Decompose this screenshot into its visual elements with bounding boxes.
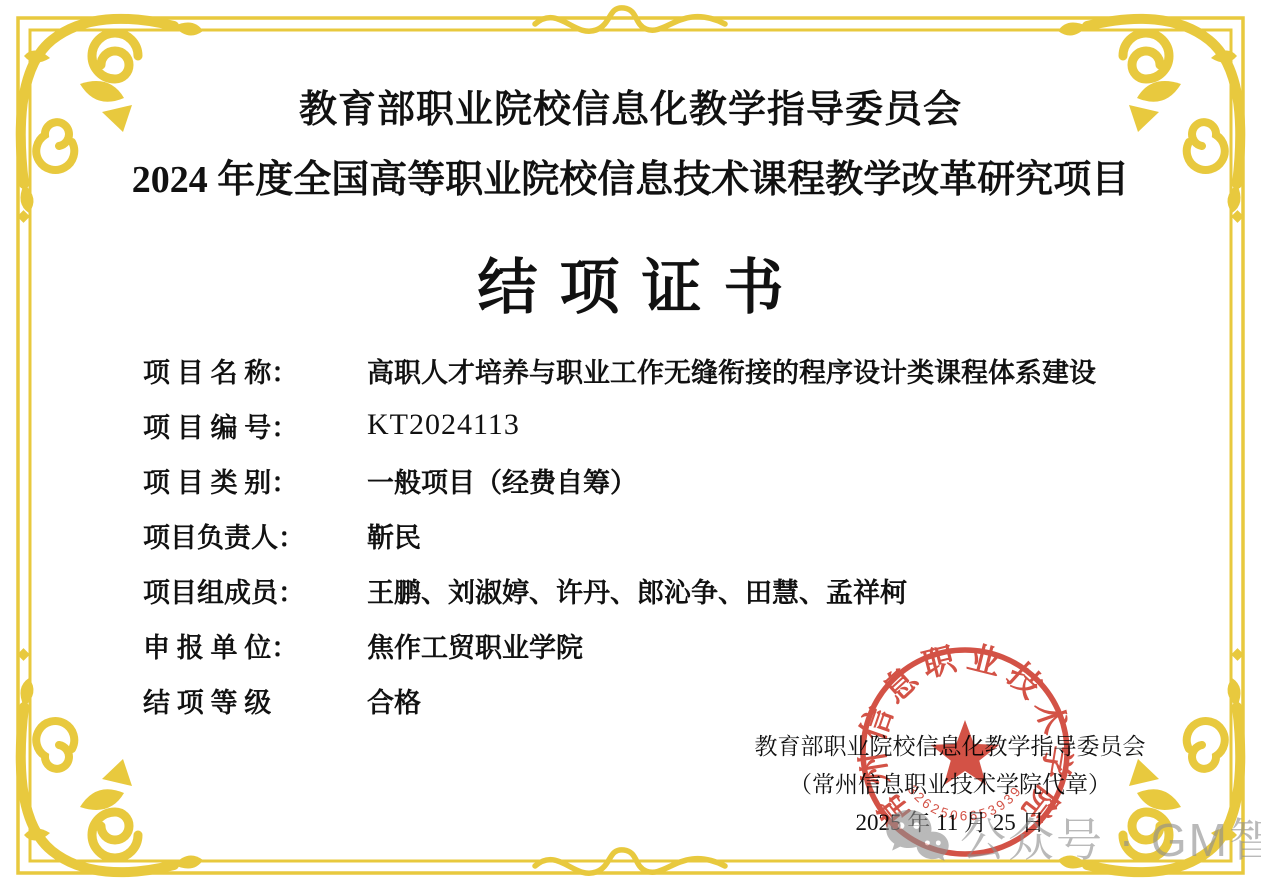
field-value: 合格 (367, 681, 421, 720)
field-row-project-name: 项 目 名 称： 高职人才培养与职业工作无缝衔接的程序设计类课程体系建设 (143, 352, 1096, 388)
field-label: 结 项 等 级 (143, 681, 325, 720)
field-value: 焦作工贸职业学院 (367, 626, 583, 665)
field-row-project-leader: 项目负责人： 靳民 (143, 517, 1096, 553)
watermark: 公众号 · GM智工 (884, 804, 1261, 870)
seal-star-icon (931, 720, 999, 785)
field-label: 项 目 名 称： (143, 351, 325, 390)
field-label: 项目负责人： (143, 516, 325, 555)
field-row-project-members: 项目组成员： 王鹏、刘淑婷、许丹、郎沁争、田慧、孟祥柯 (143, 572, 1096, 608)
field-value: KT2024113 (367, 408, 520, 442)
field-value: 一般项目（经费自筹） (367, 461, 637, 500)
wechat-icon (884, 808, 950, 866)
field-label: 申 报 单 位： (143, 626, 325, 665)
issuer-title: 教育部职业院校信息化教学指导委员会 (0, 78, 1261, 133)
field-row-project-category: 项 目 类 别： 一般项目（经费自筹） (143, 462, 1096, 498)
field-value: 靳民 (367, 516, 421, 555)
watermark-text: 公众号 · GM智工 (960, 804, 1261, 870)
field-value: 王鹏、刘淑婷、许丹、郎沁争、田慧、孟祥柯 (367, 571, 907, 610)
field-label: 项目组成员： (143, 571, 325, 610)
program-title: 2024 年度全国高等职业院校信息技术课程教学改革研究项目 (0, 148, 1261, 203)
certificate-page: 教育部职业院校信息化教学指导委员会 2024 年度全国高等职业院校信息技术课程教… (0, 0, 1261, 891)
field-label: 项 目 类 别： (143, 461, 325, 500)
field-value: 高职人才培养与职业工作无缝衔接的程序设计类课程体系建设 (367, 351, 1096, 390)
field-label: 项 目 编 号： (143, 406, 325, 445)
certificate-title: 结项证书 (0, 240, 1261, 326)
field-row-project-number: 项 目 编 号： KT2024113 (143, 407, 1096, 443)
